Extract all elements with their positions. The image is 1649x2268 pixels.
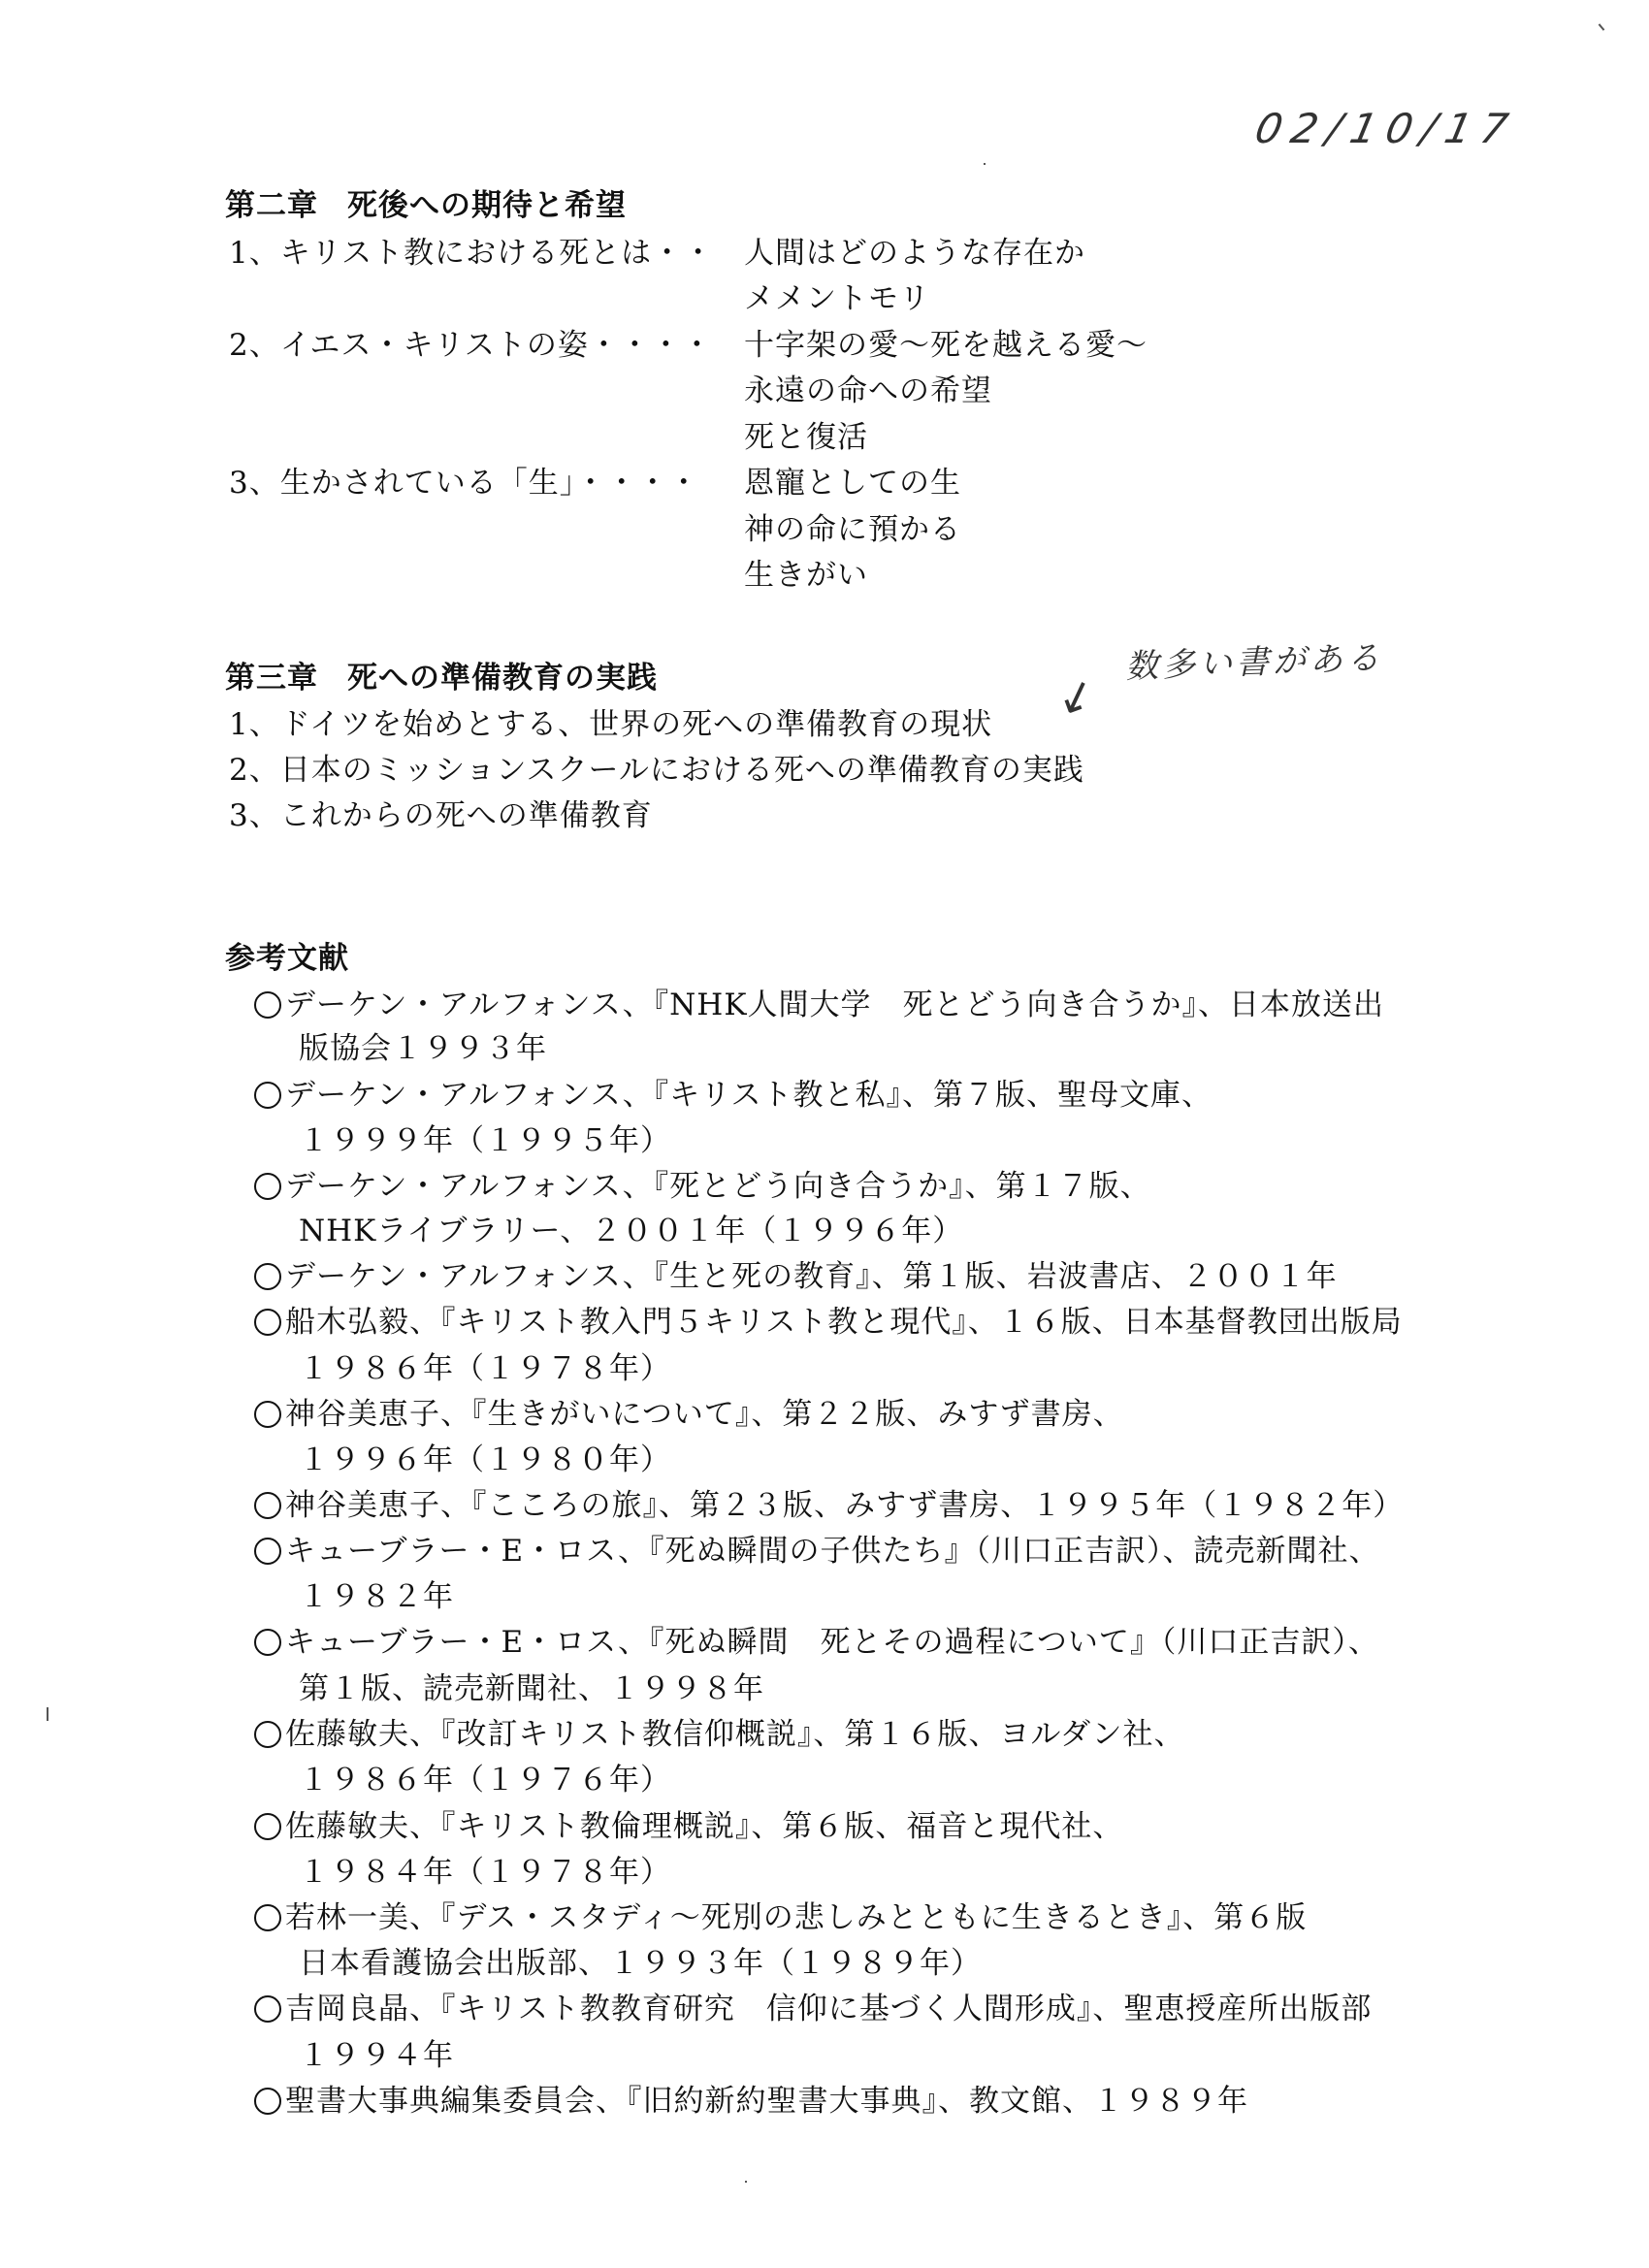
reference-text: 聖書大事典編集委員会、『旧約新約聖書大事典』、教文館、１９８９年 [285,2084,1248,2119]
reference-text: デーケン・アルフォンス、『キリスト教と私』、第７版、聖母文庫、 [285,1078,1212,1113]
scan-speck [745,2181,747,2183]
toc-subitem: 永遠の命への希望 [744,366,992,409]
toc-item: 3、これからの死への準備教育 [229,791,653,834]
circle-bullet-icon [254,1173,281,1200]
circle-bullet-icon [254,1401,281,1428]
circle-bullet-icon [254,1721,281,1748]
reference-item: 神谷美恵子、『こころの旅』、第２３版、みすず書房、１９９５年（１９８２年） [254,1480,1404,1524]
scan-speck [984,163,986,165]
toc-subitem: 人間はどのような存在か [744,228,1085,272]
toc-subitem: メメントモリ [744,274,930,317]
reference-continuation: １９９６年（１９８０年） [299,1435,671,1478]
chapter-3-title: 死への準備教育の実践 [347,661,658,696]
circle-bullet-icon [254,1538,281,1565]
reference-text: 神谷美恵子、『生きがいについて』、第２２版、みすず書房、 [285,1397,1124,1432]
reference-continuation: １９８２年 [299,1571,454,1615]
reference-text: デーケン・アルフォンス、『NHK人間大学 死とどう向き合うか』、日本放送出 [285,988,1384,1022]
reference-item: デーケン・アルフォンス、『死とどう向き合うか』、第１７版、 [254,1161,1151,1205]
reference-item: 佐藤敏夫、『改訂キリスト教信仰概説』、第１６版、ヨルダン社、 [254,1709,1184,1753]
toc-subitem: 恩寵としての生 [744,458,961,502]
circle-bullet-icon [254,1263,281,1290]
references-heading: 参考文献 [225,933,349,977]
reference-item: 佐藤敏夫、『キリスト教倫理概説』、第６版、福音と現代社、 [254,1801,1123,1845]
reference-text: キューブラー・E・ロス、『死ぬ瞬間 死とその過程について』（川口正吉訳）、 [285,1625,1379,1660]
reference-text: キューブラー・E・ロス、『死ぬ瞬間の子供たち』（川口正吉訳）、読売新聞社、 [285,1534,1380,1569]
chapter-2-title: 死後への期待と希望 [347,188,627,223]
reference-item: 船木弘毅、『キリスト教入門５キリスト教と現代』、１６版、日本基督教団出版局 [254,1297,1403,1341]
reference-item: キューブラー・E・ロス、『死ぬ瞬間 死とその過程について』（川口正吉訳）、 [254,1617,1379,1661]
reference-item: デーケン・アルフォンス、『キリスト教と私』、第７版、聖母文庫、 [254,1070,1212,1114]
chapter-3-number: 第三章 [225,661,318,696]
reference-item: デーケン・アルフォンス、『生と死の教育』、第１版、岩波書店、２００１年 [254,1251,1338,1295]
handwritten-margin-note: 数多い書がある [1124,631,1384,687]
reference-item: 吉岡良晶、『キリスト教教育研究 信仰に基づく人間形成』、聖恵授産所出版部 [254,1984,1372,2027]
reference-item: 若林一美、『デス・スタディ～死別の悲しみとともに生きるとき』、第６版 [254,1893,1307,1936]
reference-text: 若林一美、『デス・スタディ～死別の悲しみとともに生きるとき』、第６版 [285,1900,1307,1935]
toc-subitem: 十字架の愛～死を越える愛～ [744,320,1148,364]
reference-continuation: 版協会１９９３年 [299,1023,547,1067]
reference-continuation: NHKライブラリー、２００１年（１９９６年） [299,1206,963,1249]
handwritten-date: 02/10/17 [1251,105,1522,152]
toc-item-label: 1、キリスト教における死とは・・ [229,228,714,272]
arrow-annotation-icon: ↙ [1050,664,1103,727]
toc-subitem: 神の命に預かる [744,504,961,548]
toc-item-label: 2、イエス・キリストの姿・・・・ [229,320,713,364]
toc-subitem: 生きがい [744,550,868,594]
chapter-3-heading: 第三章死への準備教育の実践 [225,653,658,697]
toc-item: 2、日本のミッションスクールにおける死への準備教育の実践 [229,745,1084,789]
circle-bullet-icon [254,1904,281,1931]
reference-text: デーケン・アルフォンス、『死とどう向き合うか』、第１７版、 [285,1169,1151,1204]
reference-continuation: 第１版、読売新聞社、１９９８年 [299,1664,764,1707]
reference-text: 佐藤敏夫、『キリスト教倫理概説』、第６版、福音と現代社、 [285,1809,1123,1844]
circle-bullet-icon [254,1629,281,1656]
reference-item: デーケン・アルフォンス、『NHK人間大学 死とどう向き合うか』、日本放送出 [254,980,1384,1023]
circle-bullet-icon [254,1813,281,1840]
circle-bullet-icon [254,2088,281,2115]
reference-continuation: １９８４年（１９７８年） [299,1847,671,1891]
reference-text: 神谷美恵子、『こころの旅』、第２３版、みすず書房、１９９５年（１９８２年） [285,1488,1404,1523]
reference-item: 神谷美恵子、『生きがいについて』、第２２版、みすず書房、 [254,1389,1124,1433]
reference-continuation: １９９４年 [299,2030,454,2074]
reference-continuation: １９９９年（１９９５年） [299,1116,671,1159]
reference-continuation: 日本看護協会出版部、１９９３年（１９８９年） [299,1938,982,1982]
circle-bullet-icon [254,1082,281,1109]
chapter-2-heading: 第二章死後への期待と希望 [225,180,627,224]
scan-speck [47,1707,48,1721]
reference-continuation: １９８６年（１９７６年） [299,1755,671,1798]
circle-bullet-icon [254,1492,281,1519]
reference-continuation: １９８６年（１９７８年） [299,1344,671,1387]
toc-item: 1、ドイツを始めとする、世界の死への準備教育の現状 [229,699,992,743]
reference-item: キューブラー・E・ロス、『死ぬ瞬間の子供たち』（川口正吉訳）、読売新聞社、 [254,1526,1380,1570]
toc-subitem: 死と復活 [744,412,868,456]
reference-text: 佐藤敏夫、『改訂キリスト教信仰概説』、第１６版、ヨルダン社、 [285,1717,1184,1752]
reference-text: 吉岡良晶、『キリスト教教育研究 信仰に基づく人間形成』、聖恵授産所出版部 [285,1992,1372,2026]
circle-bullet-icon [254,1995,281,2023]
reference-text: デーケン・アルフォンス、『生と死の教育』、第１版、岩波書店、２００１年 [285,1259,1338,1294]
chapter-2-number: 第二章 [225,188,318,223]
circle-bullet-icon [254,991,281,1019]
toc-item-label: 3、生かされている「生」・・・・ [229,458,699,502]
scan-speck [1599,23,1605,30]
reference-item: 聖書大事典編集委員会、『旧約新約聖書大事典』、教文館、１９８９年 [254,2076,1248,2120]
circle-bullet-icon [254,1309,281,1336]
reference-text: 船木弘毅、『キリスト教入門５キリスト教と現代』、１６版、日本基督教団出版局 [285,1305,1403,1340]
